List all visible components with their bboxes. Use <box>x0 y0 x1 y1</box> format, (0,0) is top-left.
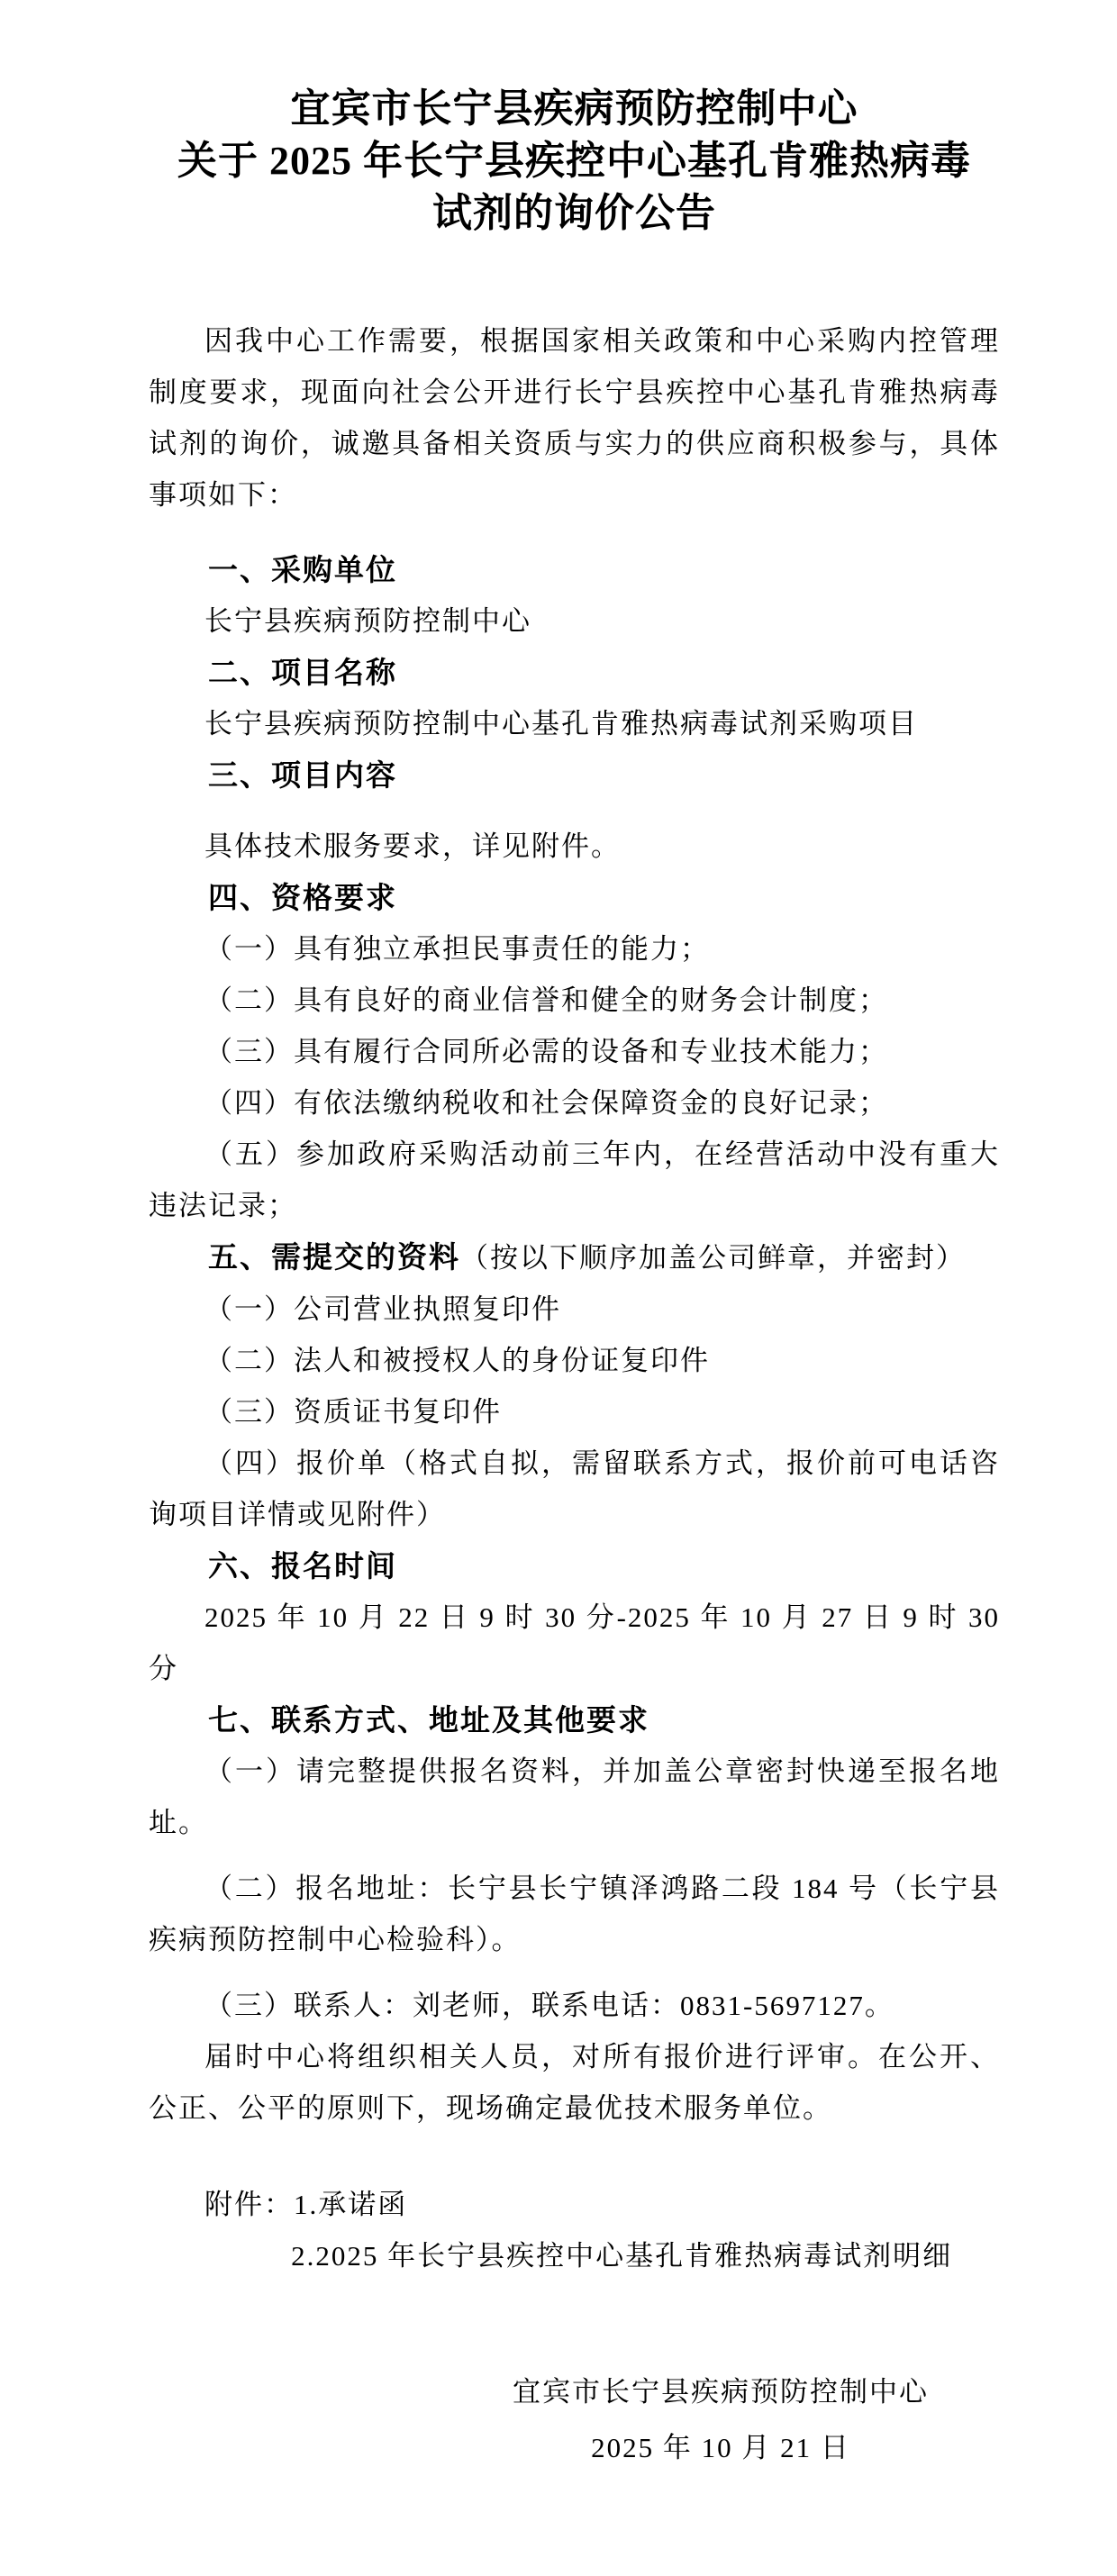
review-note-paragraph: 届时中心将组织相关人员，对所有报价进行评审。在公开、公正、公平的原则下，现场确定… <box>149 2031 1000 2134</box>
qualification-item-2: （二）具有良好的商业信誉和健全的财务会计制度； <box>149 975 1000 1026</box>
document-page: 宜宾市长宁县疾病预防控制中心 关于 2025 年长宁县疾控中心基孔肯雅热病毒 试… <box>0 0 1117 2576</box>
registration-time-text: 2025 年 10 月 22 日 9 时 30 分-2025 年 10 月 27… <box>149 1592 1000 1694</box>
attachments-label: 附件： <box>204 2189 294 2220</box>
contact-item-2: （二）报名地址：长宁县长宁镇泽鸿路二段 184 号（长宁县疾病预防控制中心检验科… <box>149 1863 1000 1965</box>
required-materials-heading-note: （按以下顺序加盖公司鲜章，并密封） <box>460 1242 966 1274</box>
attachment-item-1: 1.承诺函 <box>294 2189 407 2220</box>
material-item-2: （二）法人和被授权人的身份证复印件 <box>149 1335 1000 1386</box>
section-heading-purchasing-unit: 一、采购单位 <box>149 544 1000 595</box>
signature-block: 宜宾市长宁县疾病预防控制中心 2025 年 10 月 21 日 <box>509 2364 932 2476</box>
material-item-3: （三）资质证书复印件 <box>149 1386 1000 1438</box>
title-line-3: 试剂的询价公告 <box>149 187 1000 240</box>
contact-item-1: （一）请完整提供报名资料，并加盖公章密封快递至报名地址。 <box>149 1746 1000 1848</box>
attachments-block: 附件：1.承诺函 2.2025 年长宁县疾控中心基孔肯雅热病毒试剂明细 <box>149 2179 1000 2281</box>
qualification-item-5: （五）参加政府采购活动前三年内，在经营活动中没有重大违法记录； <box>149 1129 1000 1231</box>
document-title: 宜宾市长宁县疾病预防控制中心 关于 2025 年长宁县疾控中心基孔肯雅热病毒 试… <box>149 83 1000 240</box>
purchasing-unit-text: 长宁县疾病预防控制中心 <box>149 595 1000 647</box>
section-heading-qualifications: 四、资格要求 <box>149 872 1000 923</box>
material-item-1: （一）公司营业执照复印件 <box>149 1283 1000 1335</box>
title-line-2: 关于 2025 年长宁县疾控中心基孔肯雅热病毒 <box>149 135 1000 187</box>
signature-org: 宜宾市长宁县疾病预防控制中心 <box>509 2364 932 2420</box>
contact-item-3: （三）联系人：刘老师，联系电话：0831-5697127。 <box>149 1980 1000 2031</box>
section-heading-project-name: 二、项目名称 <box>149 647 1000 698</box>
attachment-line-1: 附件：1.承诺函 <box>149 2179 1000 2230</box>
material-item-4: （四）报价单（格式自拟，需留联系方式，报价前可电话咨询项目详情或见附件） <box>149 1438 1000 1540</box>
section-heading-project-content: 三、项目内容 <box>149 749 1000 801</box>
qualification-item-1: （一）具有独立承担民事责任的能力； <box>149 923 1000 975</box>
signature-date: 2025 年 10 月 21 日 <box>509 2420 932 2476</box>
section-heading-contact: 七、联系方式、地址及其他要求 <box>149 1694 1000 1746</box>
qualification-item-3: （三）具有履行合同所必需的设备和专业技术能力； <box>149 1026 1000 1077</box>
title-line-1: 宜宾市长宁县疾病预防控制中心 <box>149 83 1000 135</box>
attachment-item-2: 2.2025 年长宁县疾控中心基孔肯雅热病毒试剂明细 <box>149 2230 1000 2281</box>
qualification-item-4: （四）有依法缴纳税收和社会保障资金的良好记录； <box>149 1077 1000 1129</box>
section-heading-registration-time: 六、报名时间 <box>149 1540 1000 1592</box>
project-name-text: 长宁县疾病预防控制中心基孔肯雅热病毒试剂采购项目 <box>149 698 1000 749</box>
required-materials-heading-text: 五、需提交的资料 <box>208 1240 460 1274</box>
project-content-text: 具体技术服务要求，详见附件。 <box>149 821 1000 872</box>
section-heading-required-materials: 五、需提交的资料（按以下顺序加盖公司鲜章，并密封） <box>149 1231 1000 1283</box>
intro-paragraph: 因我中心工作需要，根据国家相关政策和中心采购内控管理制度要求，现面向社会公开进行… <box>149 315 1000 521</box>
